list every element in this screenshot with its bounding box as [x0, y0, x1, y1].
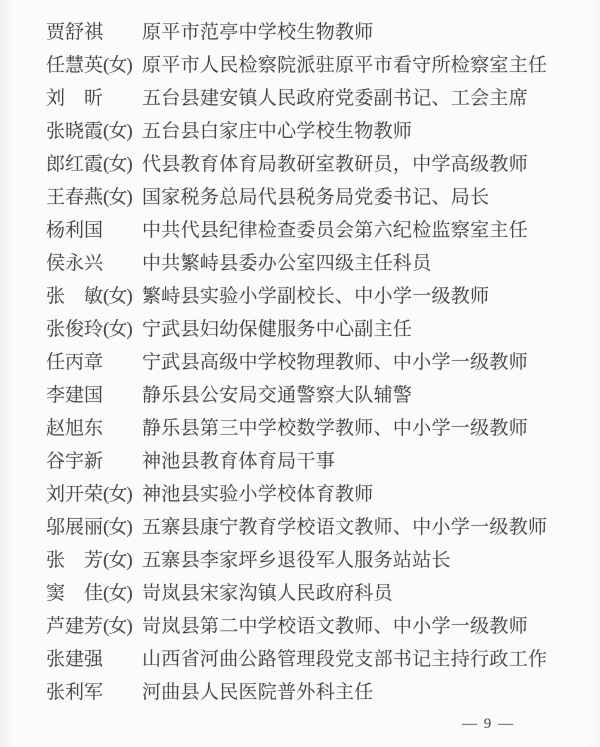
roster-row: 刘 昕 五台县建安镇人民政府党委副书记、工会主席 — [46, 80, 594, 113]
gender-marker: (女) — [103, 512, 142, 539]
scanned-document-page: 贾舒祺 原平市范亭中学校生物教师 任慧英 (女) 原平市人民检察院派驻原平市看守… — [0, 0, 600, 747]
gender-marker: (女) — [103, 314, 142, 341]
gender-marker: (女) — [103, 116, 142, 143]
person-title: 五台县白家庄中心学校生物教师 — [142, 116, 412, 143]
person-name: 李建国 — [46, 380, 103, 407]
roster-row: 谷宇新 神池县教育体育局干事 — [46, 443, 594, 476]
roster-row: 张晓霞 (女) 五台县白家庄中心学校生物教师 — [46, 113, 594, 146]
roster-row: 李建国 静乐县公安局交通警察大队辅警 — [46, 377, 594, 410]
person-name: 张晓霞 — [46, 116, 103, 143]
person-title: 岢岚县宋家沟镇人民政府科员 — [142, 578, 393, 605]
person-name: 张建强 — [46, 644, 103, 671]
person-title: 中共繁峙县委办公室四级主任科员 — [142, 248, 432, 275]
person-title: 国家税务总局代县税务局党委书记、局长 — [142, 182, 489, 209]
person-title: 原平市范亭中学校生物教师 — [142, 17, 374, 44]
gender-marker: (女) — [103, 578, 142, 605]
page-number: — 9 — — [462, 716, 515, 733]
person-name: 王春燕 — [46, 182, 103, 209]
person-title: 代县教育体育局教研室教研员，中学高级教师 — [142, 149, 528, 176]
roster-row: 贾舒祺 原平市范亭中学校生物教师 — [46, 14, 594, 47]
roster-row: 杨利国 中共代县纪律检查委员会第六纪检监察室主任 — [46, 212, 594, 245]
person-title: 静乐县第三中学校数学教师、中小学一级教师 — [142, 413, 528, 440]
person-title: 岢岚县第二中学校语文教师、中小学一级教师 — [142, 611, 528, 638]
person-name: 张利军 — [46, 677, 103, 704]
person-title: 五寨县康宁教育学校语文教师、中小学一级教师 — [142, 512, 547, 539]
person-name: 张 芳 — [46, 545, 103, 572]
roster-row: 张建强 山西省河曲公路管理段党支部书记主持行政工作 — [46, 641, 594, 674]
person-title: 五台县建安镇人民政府党委副书记、工会主席 — [142, 83, 528, 110]
person-title: 原平市人民检察院派驻原平市看守所检察室主任 — [142, 50, 547, 77]
person-title: 宁武县妇幼保健服务中心副主任 — [142, 314, 412, 341]
roster-row: 郎红霞 (女) 代县教育体育局教研室教研员，中学高级教师 — [46, 146, 594, 179]
roster-row: 张俊玲 (女) 宁武县妇幼保健服务中心副主任 — [46, 311, 594, 344]
person-title: 神池县实验小学校体育教师 — [142, 479, 374, 506]
person-name: 郎红霞 — [46, 149, 103, 176]
person-title: 五寨县李家坪乡退役军人服务站站长 — [142, 545, 451, 572]
roster-row: 侯永兴 中共繁峙县委办公室四级主任科员 — [46, 245, 594, 278]
person-title: 繁峙县实验小学副校长、中小学一级教师 — [142, 281, 489, 308]
person-title: 山西省河曲公路管理段党支部书记主持行政工作 — [142, 644, 547, 671]
person-title: 宁武县高级中学校物理教师、中小学一级教师 — [142, 347, 528, 374]
person-name: 谷宇新 — [46, 446, 103, 473]
roster-row: 邬展丽 (女) 五寨县康宁教育学校语文教师、中小学一级教师 — [46, 509, 594, 542]
person-name: 张 敏 — [46, 281, 103, 308]
person-name: 张俊玲 — [46, 314, 103, 341]
person-name: 窦 佳 — [46, 578, 103, 605]
roster-row: 任丙章 宁武县高级中学校物理教师、中小学一级教师 — [46, 344, 594, 377]
person-name: 任慧英 — [46, 50, 103, 77]
person-title: 河曲县人民医院普外科主任 — [142, 677, 374, 704]
gender-marker: (女) — [103, 50, 142, 77]
person-title: 静乐县公安局交通警察大队辅警 — [142, 380, 412, 407]
person-name: 赵旭东 — [46, 413, 103, 440]
person-title: 中共代县纪律检查委员会第六纪检监察室主任 — [142, 215, 528, 242]
roster: 贾舒祺 原平市范亭中学校生物教师 任慧英 (女) 原平市人民检察院派驻原平市看守… — [46, 14, 594, 707]
gender-marker: (女) — [103, 479, 142, 506]
person-name: 芦建芳 — [46, 611, 103, 638]
roster-row: 张 芳 (女) 五寨县李家坪乡退役军人服务站站长 — [46, 542, 594, 575]
roster-row: 窦 佳 (女) 岢岚县宋家沟镇人民政府科员 — [46, 575, 594, 608]
gender-marker: (女) — [103, 182, 142, 209]
roster-row: 王春燕 (女) 国家税务总局代县税务局党委书记、局长 — [46, 179, 594, 212]
roster-row: 张 敏 (女) 繁峙县实验小学副校长、中小学一级教师 — [46, 278, 594, 311]
person-name: 刘 昕 — [46, 83, 103, 110]
person-name: 贾舒祺 — [46, 17, 103, 44]
gender-marker: (女) — [103, 281, 142, 308]
person-name: 邬展丽 — [46, 512, 103, 539]
person-name: 侯永兴 — [46, 248, 103, 275]
roster-row: 芦建芳 (女) 岢岚县第二中学校语文教师、中小学一级教师 — [46, 608, 594, 641]
person-name: 杨利国 — [46, 215, 103, 242]
person-name: 刘开荣 — [46, 479, 103, 506]
roster-row: 张利军 河曲县人民医院普外科主任 — [46, 674, 594, 707]
roster-row: 刘开荣 (女) 神池县实验小学校体育教师 — [46, 476, 594, 509]
gender-marker: (女) — [103, 149, 142, 176]
gender-marker: (女) — [103, 545, 142, 572]
person-title: 神池县教育体育局干事 — [142, 446, 335, 473]
roster-row: 任慧英 (女) 原平市人民检察院派驻原平市看守所检察室主任 — [46, 47, 594, 80]
gender-marker: (女) — [103, 611, 142, 638]
person-name: 任丙章 — [46, 347, 103, 374]
roster-row: 赵旭东 静乐县第三中学校数学教师、中小学一级教师 — [46, 410, 594, 443]
